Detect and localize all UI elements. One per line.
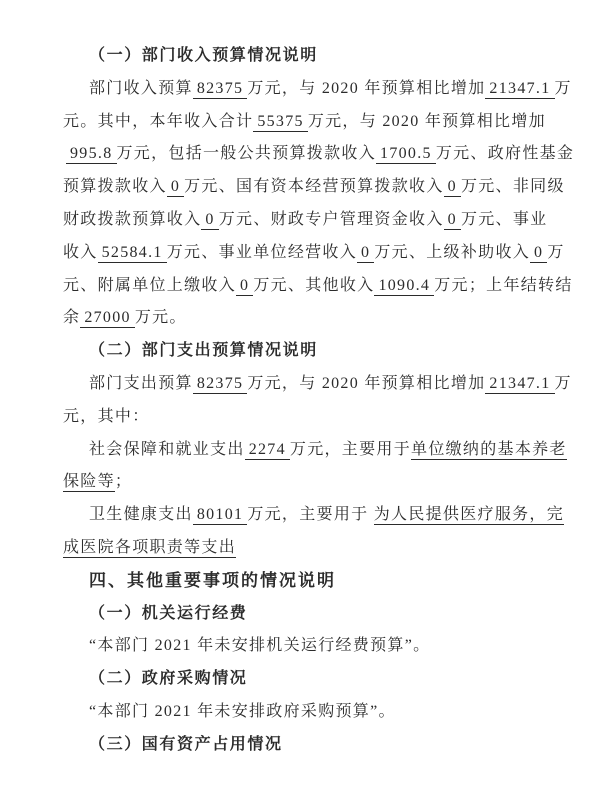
text-segment: 部门支出预算	[89, 375, 193, 392]
underlined-value: 52584.1	[98, 244, 167, 263]
doc-line: “本部门 2021 年未安排政府采购预算”。	[63, 696, 543, 729]
doc-line: 余27000万元。	[63, 302, 543, 335]
text-segment: “本部门 2021 年未安排机关运行经费预算”。	[89, 637, 430, 654]
text-segment: 万元、上级补助收入	[374, 244, 530, 261]
doc-line: “本部门 2021 年未安排机关运行经费预算”。	[63, 630, 543, 663]
underlined-value: 995.8	[66, 145, 117, 164]
text-segment: （一）部门收入预算情况说明	[89, 47, 318, 64]
text-segment: 卫生健康支出	[89, 506, 193, 523]
text-segment: 万元、国有资本经营预算拨款收入	[184, 178, 444, 195]
text-segment: （三）国有资产占用情况	[89, 736, 283, 753]
text-segment: 万元、事业	[461, 211, 548, 228]
text-segment: 余	[63, 309, 80, 326]
document-page: （一）部门收入预算情况说明部门收入预算82375万元，与 2020 年预算相比增…	[0, 0, 600, 794]
underlined-value: 1090.4	[374, 277, 434, 296]
underlined-value: 0	[236, 277, 253, 296]
text-segment: 预算拨款收入	[63, 178, 167, 195]
text-segment: 万	[555, 375, 572, 392]
text-segment: 万元，与 2020 年预算相比增加	[308, 113, 546, 130]
underlined-value: 单位缴纳的基本养老	[411, 441, 567, 460]
underlined-value: 0	[530, 244, 547, 263]
text-segment: 万元、政府性基金	[436, 145, 574, 162]
doc-line: 预算拨款收入0万元、国有资本经营预算拨款收入0万元、非同级	[63, 171, 543, 204]
doc-line: 成医院各项职责等支出	[63, 532, 543, 565]
text-segment: 万	[555, 80, 572, 97]
underlined-value: 27000	[80, 309, 135, 328]
text-segment: 四、其他重要事项的情况说明	[89, 571, 336, 590]
text-segment: 万元；上年结转结	[434, 277, 572, 294]
text-segment: 万元，主要用于	[290, 441, 411, 458]
text-segment: 元，其中：	[63, 408, 150, 425]
underlined-value: 保险等	[63, 473, 115, 492]
underlined-value: 0	[444, 178, 461, 197]
text-segment: 万元、非同级	[461, 178, 565, 195]
underlined-value: 80101	[193, 506, 248, 525]
text-segment: 元、附属单位上缴收入	[63, 277, 236, 294]
text-segment: 财政拨款预算收入	[63, 211, 201, 228]
doc-heading: （三）国有资产占用情况	[63, 729, 543, 762]
text-segment: 万元、财政专户管理资金收入	[219, 211, 444, 228]
text-segment: 万元，包括一般公共预算拨款收入	[117, 145, 377, 162]
text-segment: 收入	[63, 244, 98, 261]
text-segment: 万元，主要用于	[247, 506, 373, 523]
text-segment: 万	[547, 244, 564, 261]
doc-heading: （一）部门收入预算情况说明	[63, 40, 543, 73]
underlined-value: 1700.5	[376, 145, 436, 164]
underlined-value: 0	[167, 178, 184, 197]
underlined-value: 55375	[253, 113, 308, 132]
underlined-value: 0	[444, 211, 461, 230]
doc-line: 元、附属单位上缴收入0万元、其他收入1090.4万元；上年结转结	[63, 270, 543, 303]
doc-line: 部门支出预算82375万元，与 2020 年预算相比增加21347.1万	[63, 368, 543, 401]
doc-line: 元，其中：	[63, 401, 543, 434]
doc-line: 收入52584.1万元、事业单位经营收入0万元、上级补助收入0万	[63, 237, 543, 270]
doc-line: 社会保障和就业支出2274万元，主要用于单位缴纳的基本养老	[63, 434, 543, 467]
underlined-value: 21347.1	[485, 80, 554, 99]
text-segment: 部门收入预算	[89, 80, 193, 97]
text-segment: 社会保障和就业支出	[89, 441, 245, 458]
doc-heading: 四、其他重要事项的情况说明	[63, 565, 543, 598]
doc-line: 995.8万元，包括一般公共预算拨款收入1700.5万元、政府性基金	[63, 138, 543, 171]
text-segment: ；	[115, 473, 132, 490]
doc-line: 保险等；	[63, 466, 543, 499]
text-segment: （一）机关运行经费	[89, 605, 247, 622]
text-segment: （二）政府采购情况	[89, 670, 247, 687]
text-segment: 万元，与 2020 年预算相比增加	[247, 375, 485, 392]
text-segment: 万元、事业单位经营收入	[167, 244, 357, 261]
text-segment: 万元，与 2020 年预算相比增加	[247, 80, 485, 97]
doc-line: 部门收入预算82375万元，与 2020 年预算相比增加21347.1万	[63, 73, 543, 106]
doc-heading: （二）部门支出预算情况说明	[63, 335, 543, 368]
text-segment: 万元、其他收入	[253, 277, 374, 294]
underlined-value: 0	[201, 211, 218, 230]
text-segment: 元。其中，本年收入合计	[63, 113, 253, 130]
underlined-value: 成医院各项职责等支出	[63, 539, 236, 558]
doc-line: 元。其中，本年收入合计55375万元，与 2020 年预算相比增加	[63, 106, 543, 139]
underlined-value: 82375	[193, 80, 248, 99]
underlined-value: 21347.1	[485, 375, 554, 394]
text-segment: 万元。	[135, 309, 187, 326]
text-segment: “本部门 2021 年未安排政府采购预算”。	[89, 703, 396, 720]
underlined-value: 82375	[193, 375, 248, 394]
underlined-value: 为人民提供医疗服务，完	[374, 506, 564, 525]
doc-line: 财政拨款预算收入0万元、财政专户管理资金收入0万元、事业	[63, 204, 543, 237]
doc-heading: （二）政府采购情况	[63, 663, 543, 696]
doc-line: 卫生健康支出80101万元，主要用于 为人民提供医疗服务，完	[63, 499, 543, 532]
underlined-value: 0	[357, 244, 374, 263]
document-content: （一）部门收入预算情况说明部门收入预算82375万元，与 2020 年预算相比增…	[63, 40, 543, 762]
underlined-value: 2274	[245, 441, 290, 460]
text-segment: （二）部门支出预算情况说明	[89, 342, 318, 359]
doc-heading: （一）机关运行经费	[63, 598, 543, 631]
